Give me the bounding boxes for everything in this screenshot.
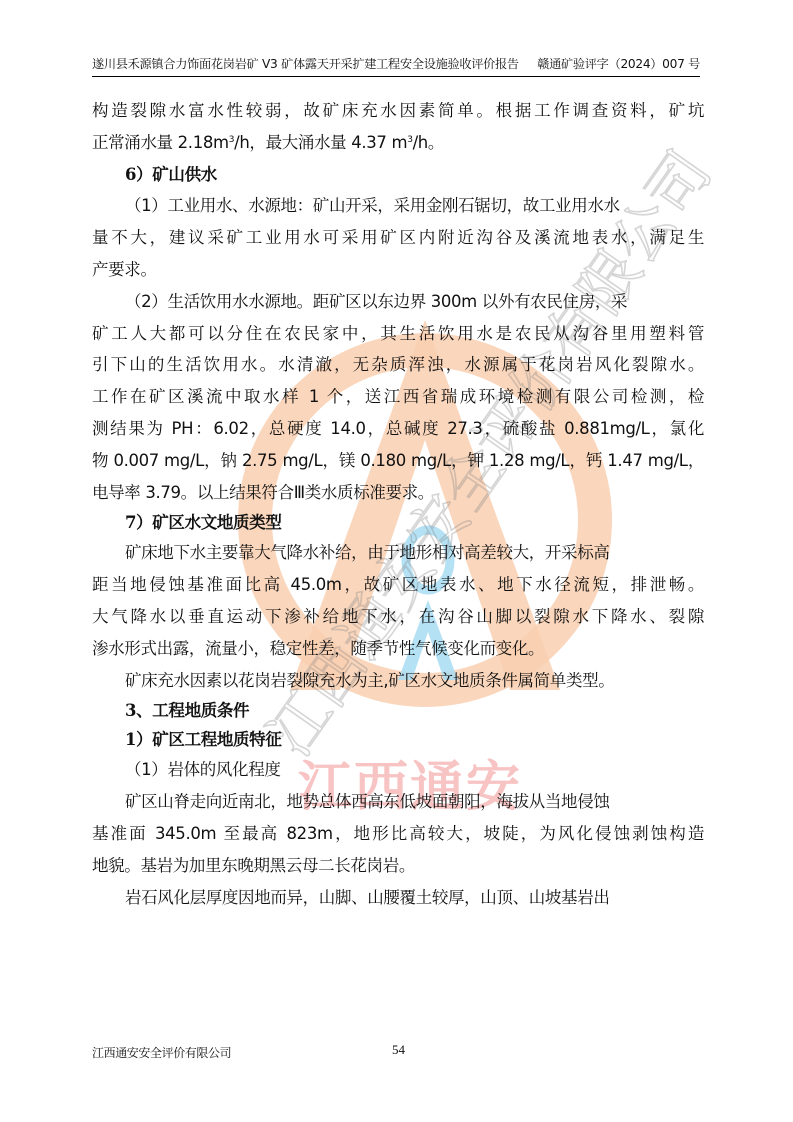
document-page: 江西通安安全评价有限公司 江西通安 遂川县禾源镇合力饰面花岗岩矿 V3 矿体露天… <box>0 0 793 1122</box>
page-header: 遂川县禾源镇合力饰面花岗岩矿 V3 矿体露天开采扩建工程安全设施验收评价报告 赣… <box>92 54 700 77</box>
paragraph-line: 地貌。基岩为加里东晚期黑云母二长花岗岩。 <box>92 850 704 882</box>
report-title: 遂川县禾源镇合力饰面花岗岩矿 V3 矿体露天开采扩建工程安全设施验收评价报告 <box>92 54 519 76</box>
paragraph-line: 量不大，建议采矿工业用水可采用矿区内附近沟谷及溪流地表水，满足生 <box>92 222 704 254</box>
paragraph-line: 矿工人大都可以分住在农民家中，其生活饮用水是农民从沟谷里用塑料管 <box>92 318 704 350</box>
paragraph-line: 矿床地下水主要靠大气降水补给，由于地形相对高差较大，开采标高 <box>92 537 704 569</box>
subheading-weathering: （1）岩体的风化程度 <box>92 754 704 786</box>
paragraph-line: 引下山的生活饮用水。水清澈，无杂质浑浊，水源属于花岗岩风化裂隙水。 <box>92 349 704 381</box>
paragraph-line: 矿区山脊走向近南北，地势总体西高东低坡面朝阳，海拔从当地侵蚀 <box>92 786 704 818</box>
paragraph-line: 工作在矿区溪流中取水样 1 个，送江西省瑞成环境检测有限公司检测，检 <box>92 381 704 413</box>
paragraph-line: （2）生活饮用水水源地。距矿区以东边界 300m 以外有农民住房，采 <box>92 286 704 318</box>
paragraph-line: 大气降水以垂直运动下渗补给地下水，在沟谷山脚以裂隙水下降水、裂隙 <box>92 601 704 633</box>
paragraph-line: 电导率 3.79。以上结果符合Ⅲ类水质标准要求。 <box>92 477 704 509</box>
document-body: 构造裂隙水富水性较弱，故矿床充水因素简单。根据工作调查资料，矿坑 正常涌水量 2… <box>92 95 704 913</box>
section-heading-water-supply: 6）矿山供水 <box>92 159 704 191</box>
paragraph-line: 岩石风化层厚度因地而异，山脚、山腰覆土较厚，山顶、山坡基岩出 <box>92 882 704 914</box>
section-heading-hydrogeology-type: 7）矿区水文地质类型 <box>92 508 704 537</box>
paragraph-line: 构造裂隙水富水性较弱，故矿床充水因素简单。根据工作调查资料，矿坑 <box>92 95 704 127</box>
paragraph-line: 物 0.007 mg/L，钠 2.75 mg/L，镁 0.180 mg/L，钾 … <box>92 445 704 477</box>
paragraph-line: 距当地侵蚀基准面比高 45.0m，故矿区地表水、地下水径流短，排泄畅。 <box>92 569 704 601</box>
paragraph-line: 基准面 345.0m 至最高 823m，地形比高较大，坡陡，为风化侵蚀剥蚀构造 <box>92 818 704 850</box>
page-number: 54 <box>392 1042 405 1058</box>
section-heading-engineering-geology: 3、工程地质条件 <box>92 696 704 725</box>
paragraph-line: 渗水形式出露，流量小，稳定性差，随季节性气候变化而变化。 <box>92 633 704 665</box>
paragraph-line: （1）工业用水、水源地：矿山开采，采用金刚石锯切，故工业用水水 <box>92 190 704 222</box>
paragraph-line: 测结果为 PH：6.02，总硬度 14.0，总碱度 27.3，硫酸盐 0.881… <box>92 413 704 445</box>
paragraph-line: 矿床充水因素以花岗岩裂隙充水为主,矿区水文地质条件属简单类型。 <box>92 665 704 697</box>
paragraph-line: 正常涌水量 2.18m3/h，最大涌水量 4.37 m3/h。 <box>92 127 704 159</box>
document-number: 赣通矿验评字（2024）007 号 <box>537 54 700 76</box>
section-heading-geology-features: 1）矿区工程地质特征 <box>92 725 704 754</box>
paragraph-line: 产要求。 <box>92 254 704 286</box>
footer-company: 江西通安安全评价有限公司 <box>92 1044 231 1061</box>
